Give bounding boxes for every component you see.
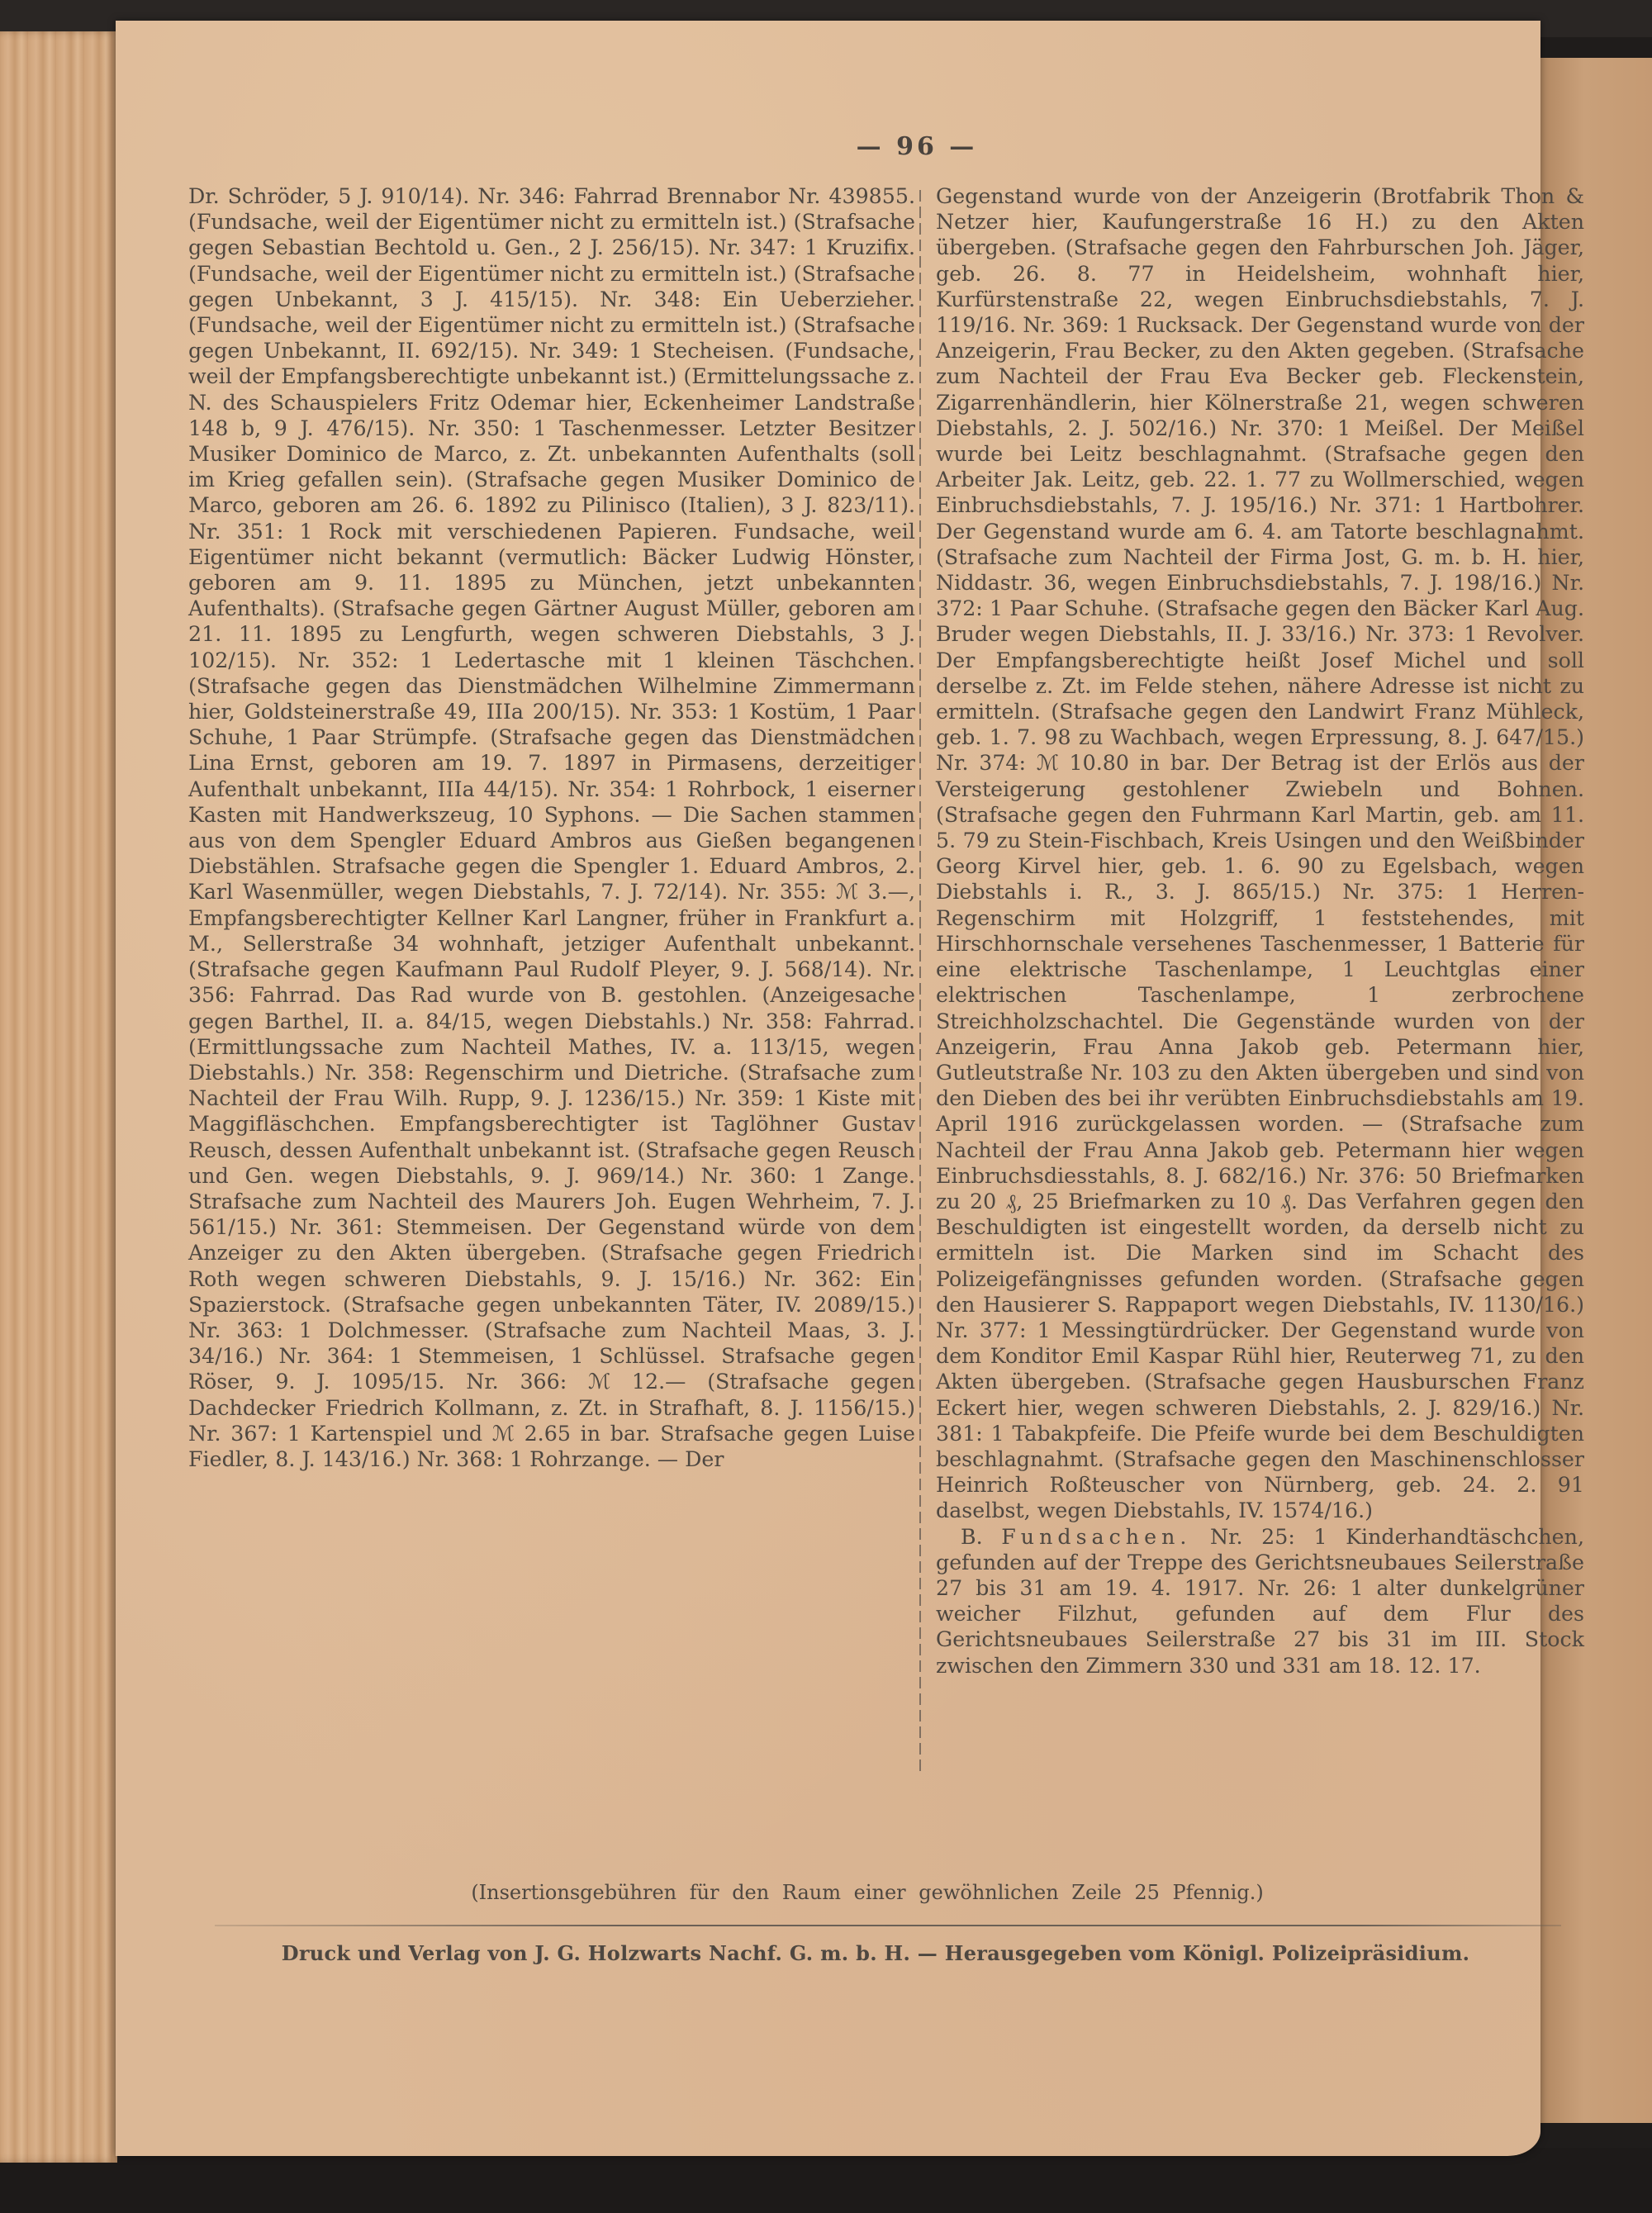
publisher-imprint: Druck und Verlag von J. G. Holzwarts Nac…: [206, 1941, 1545, 1965]
text-column-left: Dr. Schröder, 5 J. 910/14). Nr. 346: Fah…: [188, 183, 915, 1472]
scan-backdrop-bottom: [0, 2148, 1652, 2213]
section-fundsachen: B. Fundsachen. Nr. 25: 1 Kinderhandtäsch…: [936, 1524, 1584, 1679]
section-heading: Fundsachen.: [1001, 1525, 1191, 1549]
section-label: B.: [961, 1525, 983, 1549]
page-number: — 96 —: [834, 132, 999, 161]
text-column-right: Gegenstand wurde von der Anzeigerin (Bro…: [936, 183, 1584, 1679]
column-divider-rule: [919, 190, 921, 1776]
footer-divider-rule: [215, 1925, 1561, 1926]
body-paragraph: Gegenstand wurde von der Anzeigerin (Bro…: [936, 183, 1584, 1524]
advertising-rate-note: (Insertionsgebühren für den Raum einer g…: [330, 1881, 1404, 1904]
body-paragraph: Dr. Schröder, 5 J. 910/14). Nr. 346: Fah…: [188, 183, 915, 1472]
page-stack-left-edges: [0, 31, 117, 2163]
